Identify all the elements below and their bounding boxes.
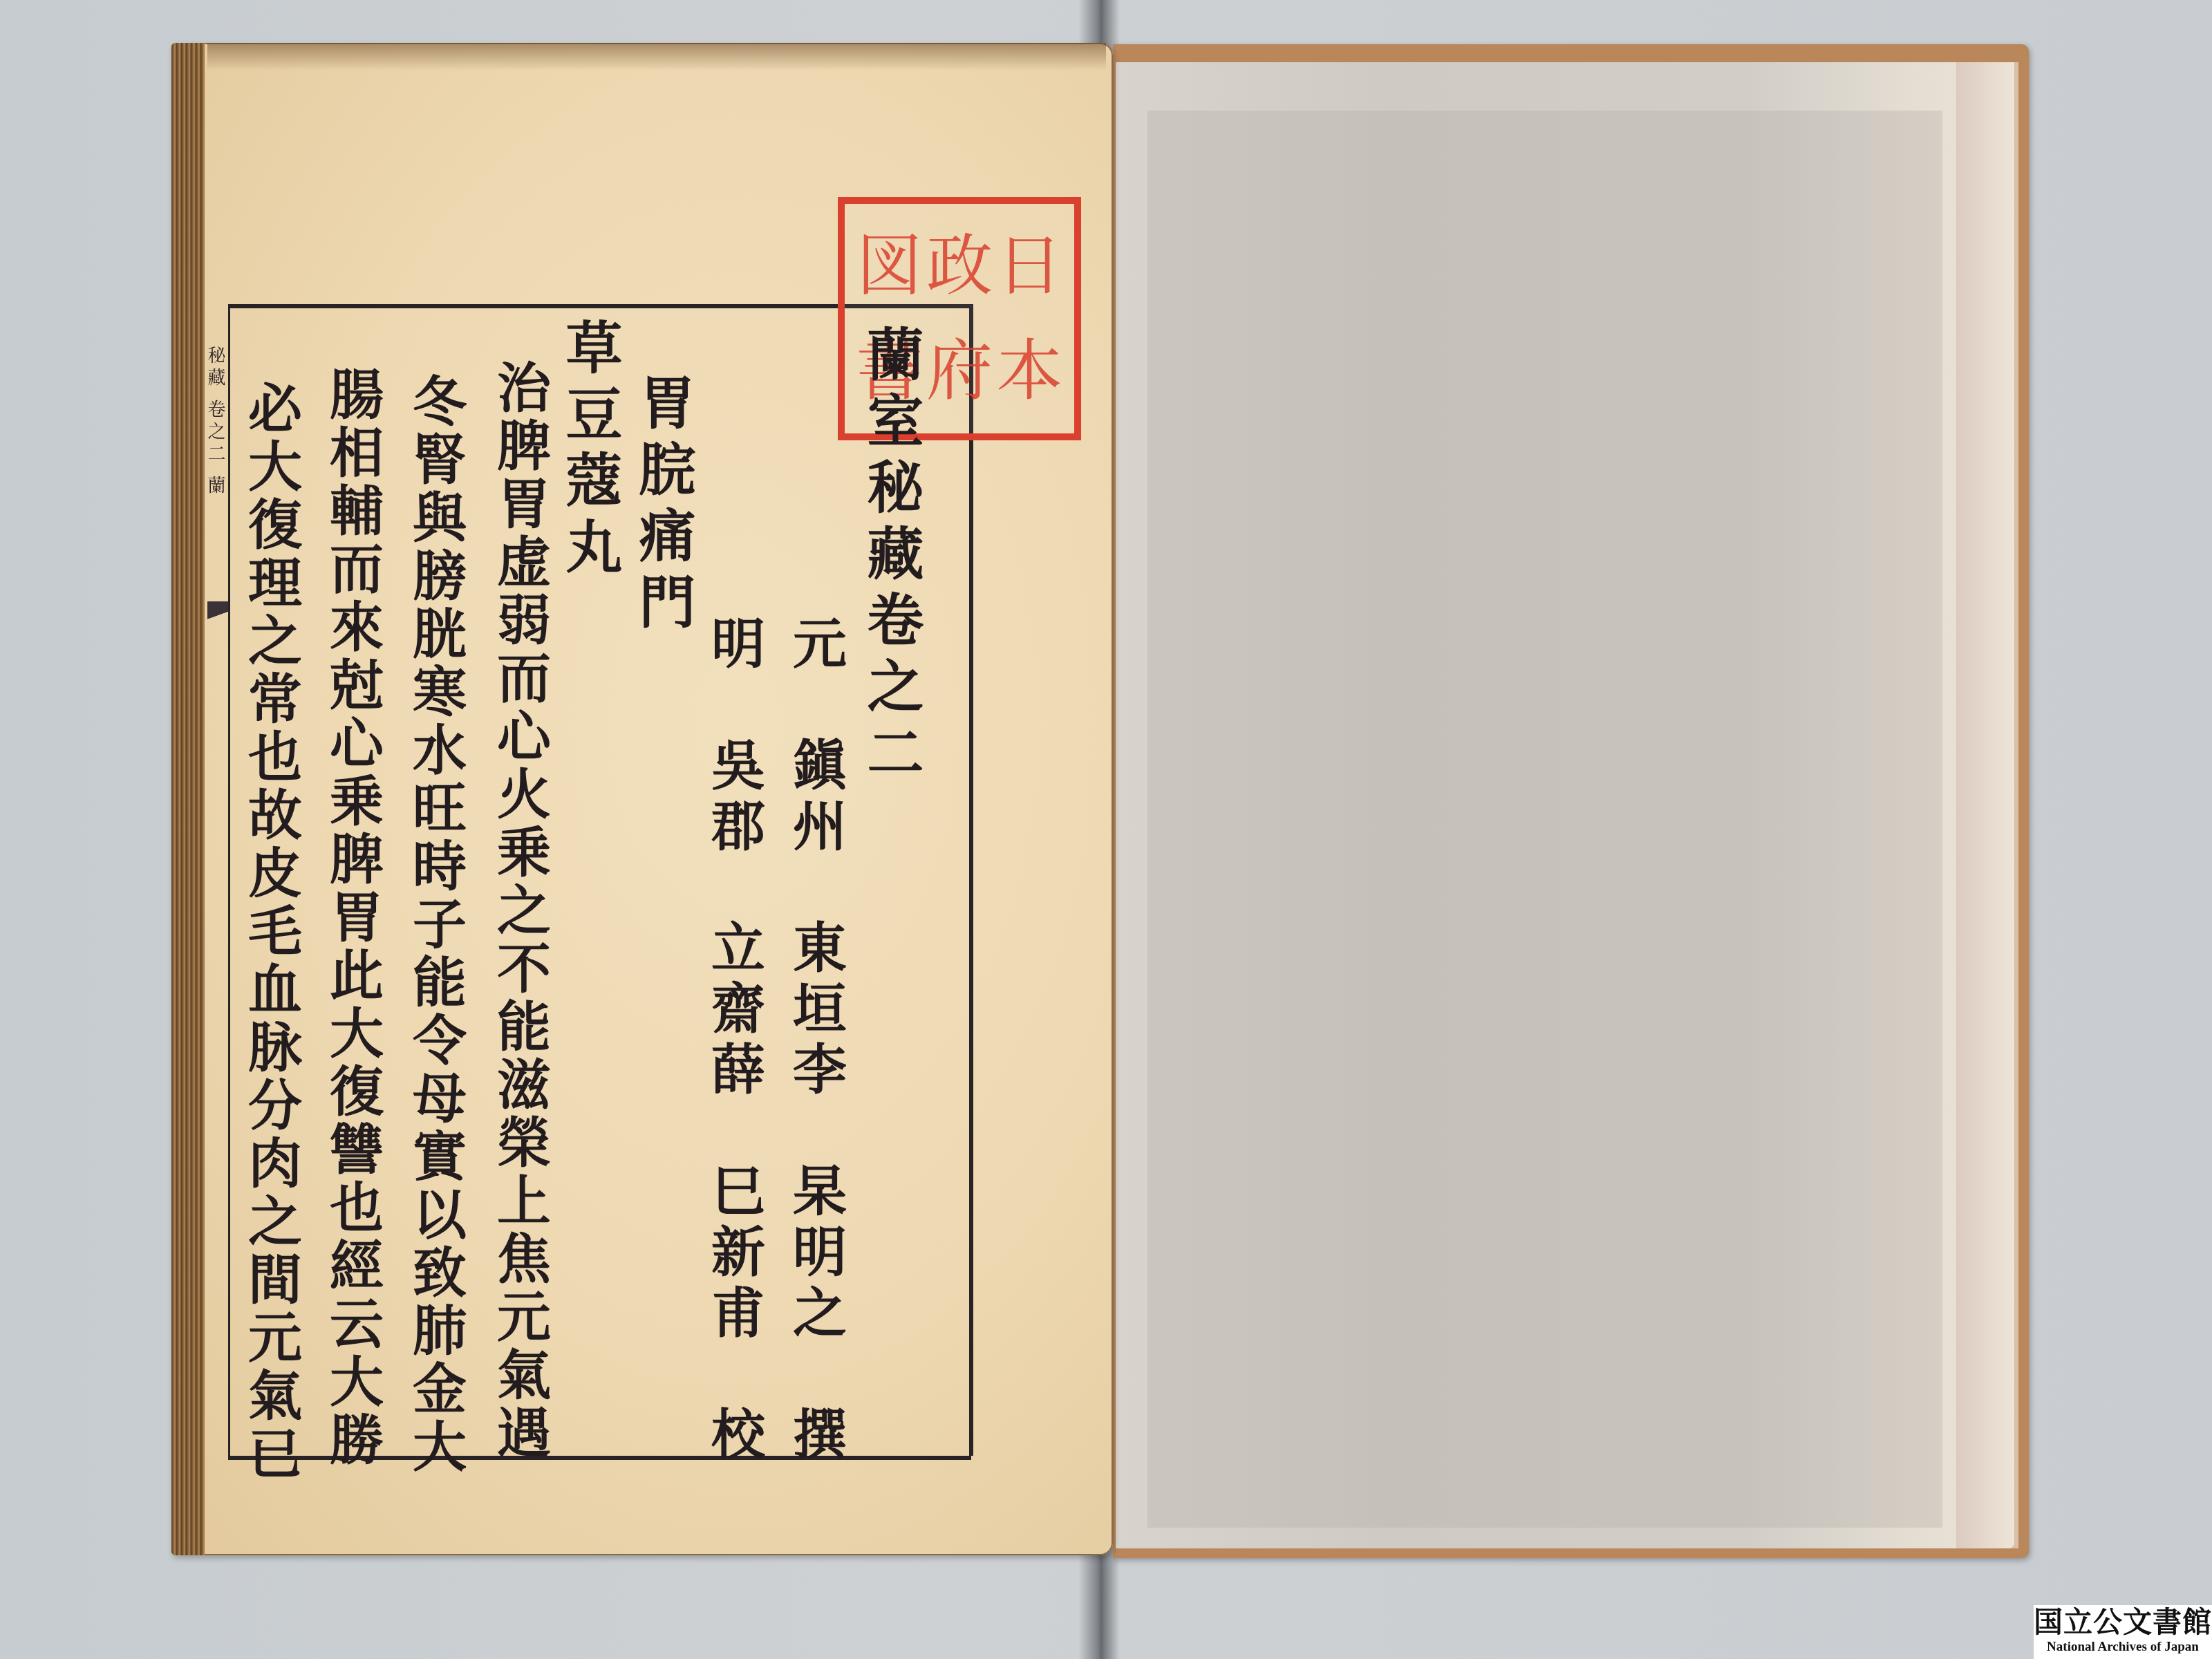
seal-char: 本 <box>995 319 1065 424</box>
archive-logo: 国立公文書館 National Archives of Japan <box>2034 1605 2212 1659</box>
editor-column: 明 吳郡 立齋薛 巳新甫 校 <box>706 615 760 1467</box>
book-title-column: 蘭室秘藏卷之二 <box>863 325 919 789</box>
section-heading: 胃脘痛門 <box>635 373 691 639</box>
prescription-title: 草豆蔻丸 <box>561 318 618 583</box>
author-column: 元 鎭州 東垣李 杲明之 撰 <box>788 615 842 1467</box>
logo-english: National Archives of Japan <box>2034 1640 2212 1655</box>
seal-char: 図 <box>854 214 924 319</box>
text-frame-right-rule <box>969 304 973 1456</box>
seal-char: 政 <box>924 214 994 319</box>
logo-japanese: 国立公文書館 <box>2034 1605 2212 1640</box>
banxin-label: 秘藏 卷之二 蘭 <box>207 346 228 498</box>
body-text-column: 冬腎與膀胱寒水旺時子能令母實以致肺金大 <box>408 373 462 1477</box>
body-text-column: 腸相輔而來尅心乗脾胃此大復讐也經云大勝 <box>325 366 379 1470</box>
fish-tail-mark-icon <box>207 601 228 629</box>
right-page-show-through <box>1147 111 1942 1528</box>
body-text-column: 治脾胃虚弱而心火乗之不能滋榮上焦元氣遇 <box>492 359 546 1463</box>
page-stain <box>207 43 1106 71</box>
seal-char: 日 <box>995 214 1065 319</box>
left-page-fore-edge <box>171 43 205 1555</box>
body-text-column: 必大復理之常也故皮毛血脉分肉之間元氣已 <box>243 380 297 1483</box>
right-page-edge <box>1956 62 2018 1548</box>
seal-char: 府 <box>924 319 994 424</box>
